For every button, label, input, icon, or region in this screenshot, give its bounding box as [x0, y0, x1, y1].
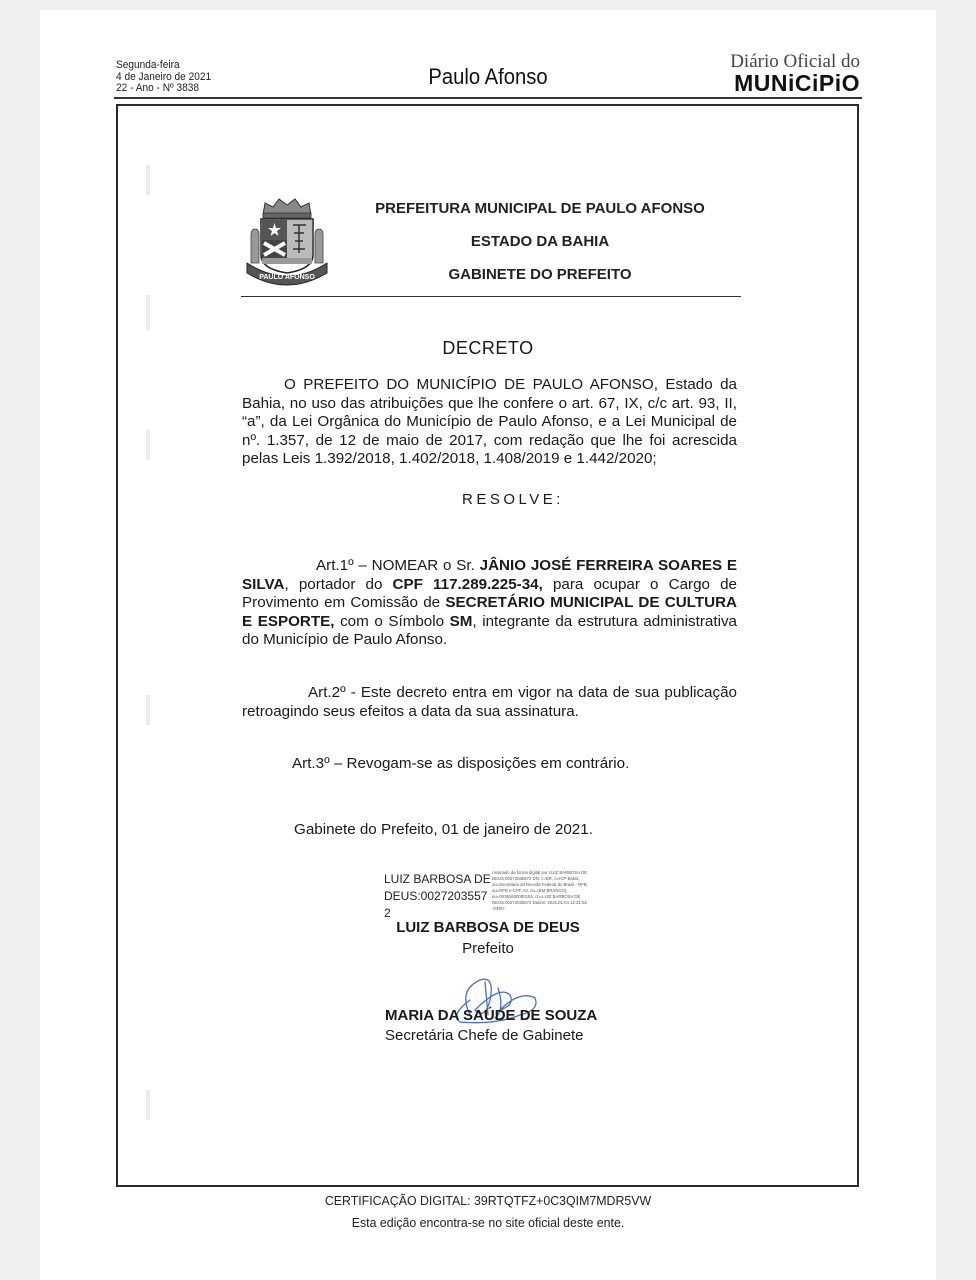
brand-line2: MUNiCiPiO: [700, 72, 860, 94]
scan-artifact: [146, 295, 150, 330]
scan-artifact: [146, 430, 150, 460]
digital-signature-line: LUIZ BARBOSA DE: [384, 871, 491, 888]
mayor-role: Prefeito: [0, 940, 976, 957]
article-1-prefix: Art.1º – NOMEAR o Sr.: [316, 557, 480, 574]
decree-title: DECRETO: [0, 338, 976, 359]
org-name: PREFEITURA MUNICIPAL DE PAULO AFONSO: [340, 200, 740, 217]
scan-artifact: [146, 165, 150, 195]
edition-note: Esta edição encontra-se no site oficial …: [24, 1215, 951, 1230]
article-2: Art.2º - Este decreto entra em vigor na …: [242, 684, 737, 721]
role-symbol: SM: [450, 613, 473, 630]
decree-preamble: O PREFEITO DO MUNICÍPIO DE PAULO AFONSO,…: [242, 376, 737, 469]
scan-artifact: [146, 1090, 150, 1120]
digital-signature-line: DEUS:0027203557: [384, 888, 491, 905]
org-state: ESTADO DA BAHIA: [340, 233, 740, 250]
article-3: Art.3º – Revogam-se as disposições em co…: [292, 755, 742, 774]
digital-certification: CERTIFICAÇÃO DIGITAL: 39RTQTFZ+0C3QIM7MD…: [24, 1193, 951, 1208]
org-department: GABINETE DO PREFEITO: [340, 266, 740, 283]
svg-text:PAULO AFONSO: PAULO AFONSO: [259, 274, 315, 281]
scan-artifact: [146, 695, 150, 725]
article-1: Art.1º – NOMEAR o Sr. JÂNIO JOSÉ FERREIR…: [242, 557, 737, 650]
appointee-cpf: CPF 117.289.225-34,: [393, 576, 543, 593]
secretary-role: Secretária Chefe de Gabinete: [385, 1027, 583, 1044]
mayor-name: LUIZ BARBOSA DE DEUS: [0, 919, 976, 936]
article-1-text: com o Símbolo: [335, 613, 450, 630]
article-1-text: , portador do: [284, 576, 392, 593]
brand-line1: Diário Oficial do: [700, 52, 860, 72]
masthead-divider: [114, 97, 862, 99]
digital-signature-name: LUIZ BARBOSA DE DEUS:0027203557 2: [384, 871, 491, 922]
place-and-date: Gabinete do Prefeito, 01 de janeiro de 2…: [294, 821, 744, 840]
coat-of-arms-icon: PAULO AFONSO: [243, 193, 331, 287]
masthead-brand-logo: Diário Oficial do MUNiCiPiO: [700, 52, 860, 94]
digital-signature-metadata: Assinado de forma digital por LUIZ BARBO…: [492, 870, 592, 912]
secretary-name: MARIA DA SAÚDE DE SOUZA: [385, 1007, 597, 1024]
decree-resolve: RESOLVE:: [0, 491, 976, 508]
header-divider: [241, 296, 741, 297]
